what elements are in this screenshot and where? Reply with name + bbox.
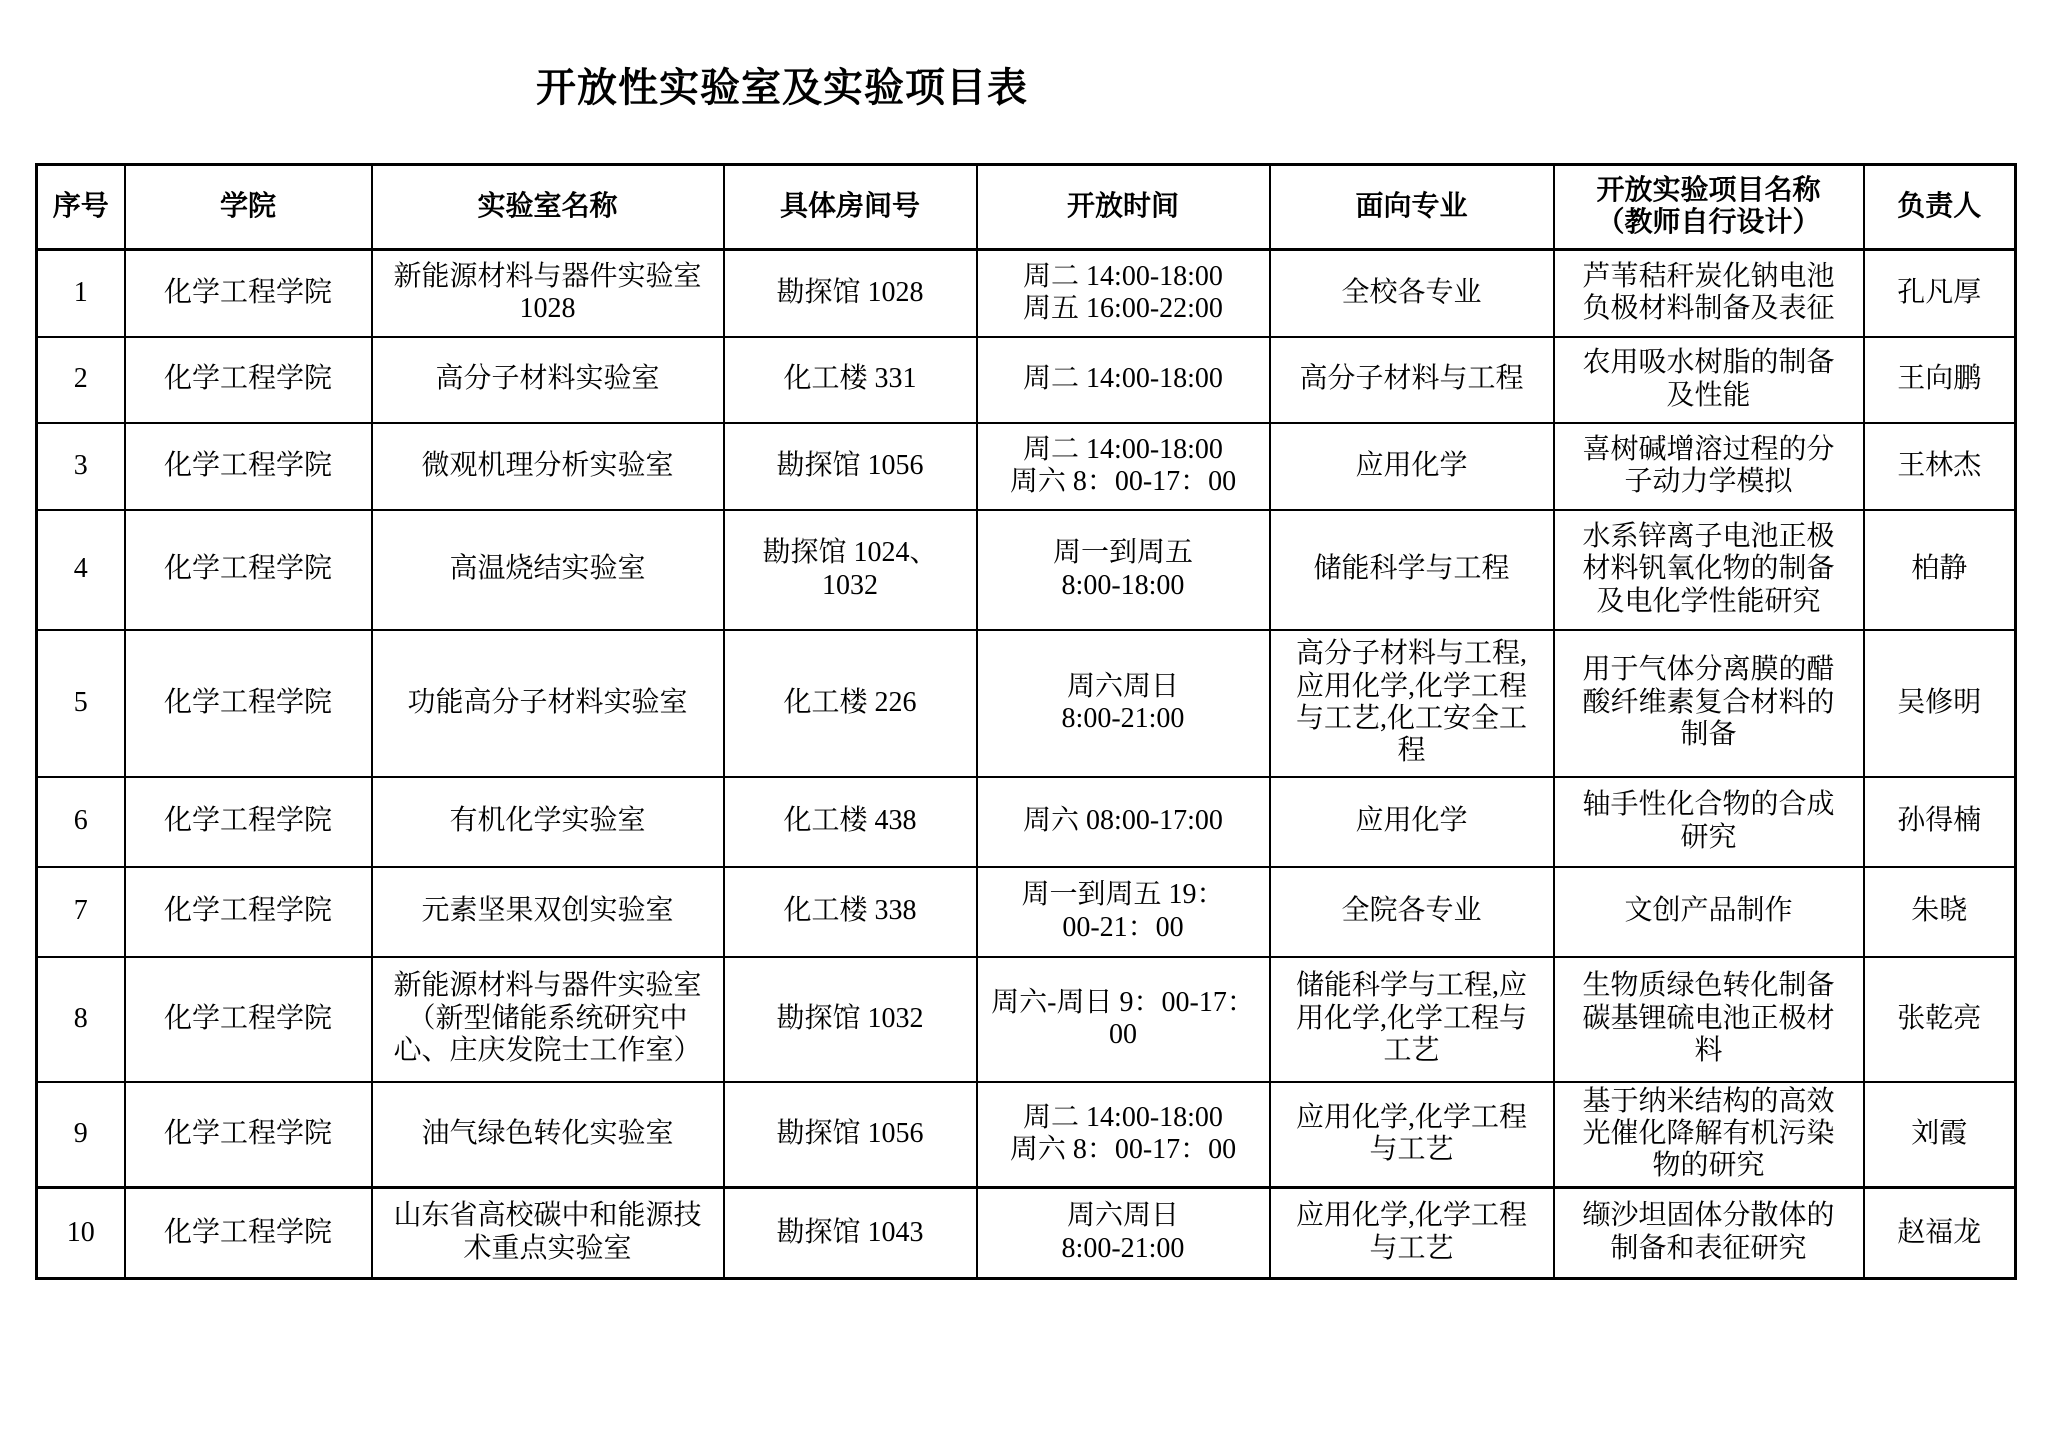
open-lab-table: 序号 学院 实验室名称 具体房间号 开放时间 面向专业 开放实验项目名称 （教师… [35,163,2017,1280]
table-cell: 化学工程学院 [125,957,372,1082]
table-cell: 化学工程学院 [125,337,372,423]
table-row: 10化学工程学院山东省高校碳中和能源技 术重点实验室勘探馆 1043周六周日 8… [37,1187,2016,1278]
table-cell: 张乾亮 [1864,957,2016,1082]
table-cell: 10 [37,1187,125,1278]
table-cell: 功能高分子材料实验室 [372,630,724,777]
table-cell: 柏静 [1864,510,2016,630]
header-cell-project: 开放实验项目名称 （教师自行设计） [1554,165,1864,250]
table-cell: 王向鹏 [1864,337,2016,423]
table-cell: 油气绿色转化实验室 [372,1082,724,1188]
table-cell: 化工楼 338 [724,867,977,957]
header-cell-index: 序号 [37,165,125,250]
table-cell: 应用化学,化学工程 与工艺 [1270,1187,1554,1278]
table-cell: 9 [37,1082,125,1188]
table-cell: 元素坚果双创实验室 [372,867,724,957]
table-cell: 5 [37,630,125,777]
table-header-row: 序号 学院 实验室名称 具体房间号 开放时间 面向专业 开放实验项目名称 （教师… [37,165,2016,250]
table-row: 2化学工程学院高分子材料实验室化工楼 331周二 14:00-18:00高分子材… [37,337,2016,423]
table-cell: 周二 14:00-18:00 周六 8：00-17：00 [977,1082,1270,1188]
table-cell: 勘探馆 1056 [724,1082,977,1188]
table-cell: 4 [37,510,125,630]
table-cell: 储能科学与工程,应 用化学,化学工程与 工艺 [1270,957,1554,1082]
table-cell: 周六周日 8:00-21:00 [977,1187,1270,1278]
table-cell: 化学工程学院 [125,1082,372,1188]
table-cell: 7 [37,867,125,957]
table-cell: 应用化学 [1270,423,1554,510]
table-cell: 用于气体分离膜的醋 酸纤维素复合材料的 制备 [1554,630,1864,777]
table-cell: 化工楼 331 [724,337,977,423]
table-cell: 新能源材料与器件实验室 （新型储能系统研究中 心、庄庆发院士工作室） [372,957,724,1082]
table-cell: 周六周日 8:00-21:00 [977,630,1270,777]
table-cell: 3 [37,423,125,510]
table-cell: 周二 14:00-18:00 [977,337,1270,423]
header-cell-lab: 实验室名称 [372,165,724,250]
table-row: 1化学工程学院新能源材料与器件实验室 1028勘探馆 1028周二 14:00-… [37,250,2016,337]
table-cell: 1 [37,250,125,337]
table-cell: 化工楼 226 [724,630,977,777]
table-cell: 生物质绿色转化制备 碳基锂硫电池正极材 料 [1554,957,1864,1082]
table-cell: 6 [37,777,125,867]
table-cell: 新能源材料与器件实验室 1028 [372,250,724,337]
table-cell: 王林杰 [1864,423,2016,510]
table-cell: 有机化学实验室 [372,777,724,867]
table-cell: 全院各专业 [1270,867,1554,957]
table-cell: 周二 14:00-18:00 周五 16:00-22:00 [977,250,1270,337]
table-cell: 农用吸水树脂的制备 及性能 [1554,337,1864,423]
table-cell: 微观机理分析实验室 [372,423,724,510]
table-cell: 化学工程学院 [125,423,372,510]
table-cell: 周六 08:00-17:00 [977,777,1270,867]
table-cell: 勘探馆 1043 [724,1187,977,1278]
table-cell: 化学工程学院 [125,510,372,630]
table-cell: 轴手性化合物的合成 研究 [1554,777,1864,867]
header-cell-room: 具体房间号 [724,165,977,250]
table-cell: 化学工程学院 [125,1187,372,1278]
table-cell: 吴修明 [1864,630,2016,777]
table-row: 3化学工程学院微观机理分析实验室勘探馆 1056周二 14:00-18:00 周… [37,423,2016,510]
table-cell: 基于纳米结构的高效 光催化降解有机污染 物的研究 [1554,1082,1864,1188]
table-cell: 储能科学与工程 [1270,510,1554,630]
table-cell: 赵福龙 [1864,1187,2016,1278]
table-cell: 周二 14:00-18:00 周六 8：00-17：00 [977,423,1270,510]
table-cell: 山东省高校碳中和能源技 术重点实验室 [372,1187,724,1278]
table-cell: 芦苇秸秆炭化钠电池 负极材料制备及表征 [1554,250,1864,337]
table-cell: 缬沙坦固体分散体的 制备和表征研究 [1554,1187,1864,1278]
table-row: 6化学工程学院有机化学实验室化工楼 438周六 08:00-17:00应用化学轴… [37,777,2016,867]
document-page: 开放性实验室及实验项目表 序号 学院 实验室名称 具体房间号 开放时间 面向专业… [0,56,2048,113]
header-cell-college: 学院 [125,165,372,250]
table-cell: 周一到周五 8:00-18:00 [977,510,1270,630]
table-body: 1化学工程学院新能源材料与器件实验室 1028勘探馆 1028周二 14:00-… [37,250,2016,1279]
table-cell: 孙得楠 [1864,777,2016,867]
table-cell: 刘霞 [1864,1082,2016,1188]
table-row: 4化学工程学院高温烧结实验室勘探馆 1024、 1032周一到周五 8:00-1… [37,510,2016,630]
page-title: 开放性实验室及实验项目表 [0,56,1806,113]
table-cell: 高分子材料与工程 [1270,337,1554,423]
table-cell: 周一到周五 19： 00-21：00 [977,867,1270,957]
table-row: 8化学工程学院新能源材料与器件实验室 （新型储能系统研究中 心、庄庆发院士工作室… [37,957,2016,1082]
table-cell: 高分子材料实验室 [372,337,724,423]
table-cell: 应用化学,化学工程 与工艺 [1270,1082,1554,1188]
table-cell: 勘探馆 1056 [724,423,977,510]
header-cell-major: 面向专业 [1270,165,1554,250]
header-cell-time: 开放时间 [977,165,1270,250]
table-row: 7化学工程学院元素坚果双创实验室化工楼 338周一到周五 19： 00-21：0… [37,867,2016,957]
table-cell: 喜树碱增溶过程的分 子动力学模拟 [1554,423,1864,510]
table-cell: 文创产品制作 [1554,867,1864,957]
header-cell-leader: 负责人 [1864,165,2016,250]
table-cell: 高温烧结实验室 [372,510,724,630]
table-cell: 朱晓 [1864,867,2016,957]
table-cell: 水系锌离子电池正极 材料钒氧化物的制备 及电化学性能研究 [1554,510,1864,630]
table-cell: 周六-周日 9：00-17： 00 [977,957,1270,1082]
table-cell: 2 [37,337,125,423]
table-cell: 8 [37,957,125,1082]
table-row: 5化学工程学院功能高分子材料实验室化工楼 226周六周日 8:00-21:00高… [37,630,2016,777]
table-cell: 高分子材料与工程, 应用化学,化学工程 与工艺,化工安全工 程 [1270,630,1554,777]
table-cell: 勘探馆 1032 [724,957,977,1082]
table-cell: 化学工程学院 [125,867,372,957]
table-cell: 孔凡厚 [1864,250,2016,337]
table-cell: 勘探馆 1028 [724,250,977,337]
table-cell: 化学工程学院 [125,630,372,777]
table-row: 9化学工程学院油气绿色转化实验室勘探馆 1056周二 14:00-18:00 周… [37,1082,2016,1188]
table-cell: 化工楼 438 [724,777,977,867]
table-cell: 化学工程学院 [125,250,372,337]
table-cell: 勘探馆 1024、 1032 [724,510,977,630]
table-cell: 应用化学 [1270,777,1554,867]
table-cell: 化学工程学院 [125,777,372,867]
table-cell: 全校各专业 [1270,250,1554,337]
